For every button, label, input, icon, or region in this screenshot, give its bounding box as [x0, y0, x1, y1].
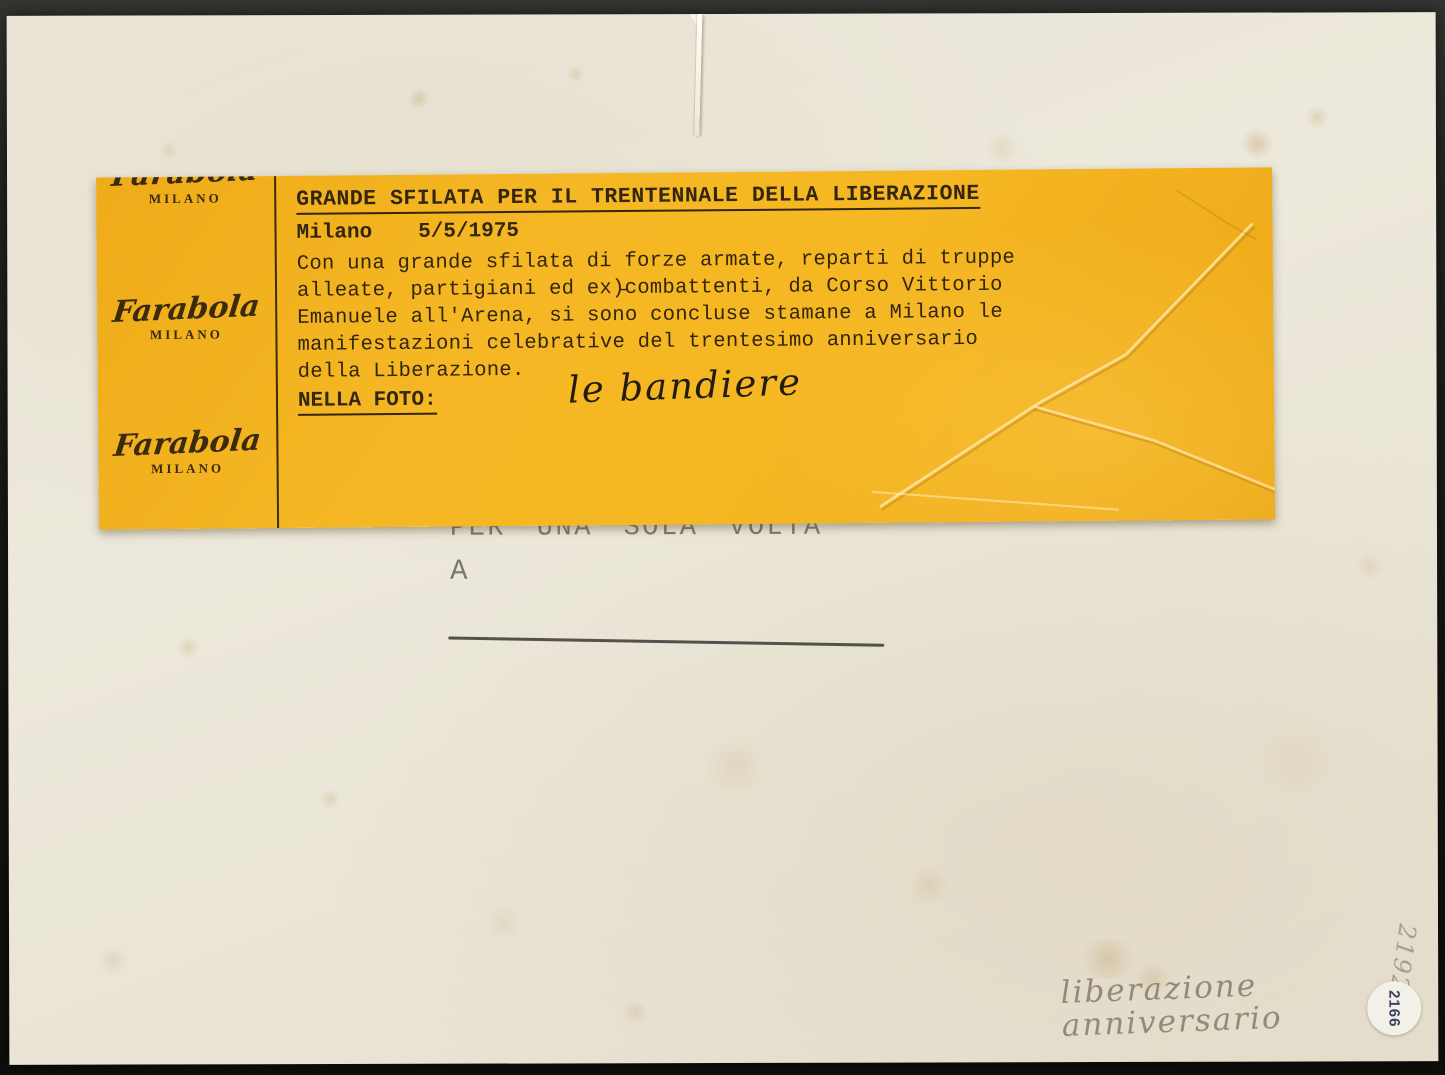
agency-stamp: Farabola MILANO — [98, 428, 276, 478]
photo-back-paper: PER UNA SOLA VOLTA A liberazione anniver… — [7, 12, 1439, 1065]
paper-stain — [1304, 106, 1330, 128]
caption-label: Farabola MILANO Farabola MILANO Farabola… — [96, 167, 1275, 529]
paper-stain — [1355, 553, 1385, 579]
paper-stain — [96, 947, 130, 975]
sticker-number: 2166 — [1386, 990, 1403, 1027]
paper-stain — [906, 867, 952, 903]
agency-stamp-column: Farabola MILANO Farabola MILANO Farabola… — [96, 176, 277, 530]
handwritten-caption: le bandiere — [567, 360, 802, 411]
agency-stamp: Farabola MILANO — [96, 167, 274, 207]
paper-stain — [175, 636, 201, 658]
archive-number-sticker: 2166 — [1367, 981, 1421, 1035]
paper-stain — [319, 789, 341, 809]
paper-tear — [694, 14, 702, 136]
paper-stain — [481, 906, 525, 940]
pencil-archive-note: liberazione anniversario — [1060, 969, 1283, 1043]
dateline-date: 5/5/1975 — [418, 220, 519, 244]
agency-stamp-name: Farabola — [96, 167, 276, 192]
agency-stamp: Farabola MILANO — [97, 294, 275, 344]
paper-stain — [1250, 728, 1340, 792]
pencil-horizontal-line — [448, 637, 884, 647]
agency-stamp-name: Farabola — [96, 291, 277, 329]
paper-stain — [159, 141, 179, 159]
paper-stain — [621, 1000, 649, 1024]
paper-stain — [407, 89, 431, 109]
paper-stain — [1239, 129, 1275, 159]
agency-stamp-name: Farabola — [96, 425, 278, 463]
usage-stamp-letter: A — [450, 555, 467, 588]
paper-stain — [982, 133, 1022, 163]
paper-stain — [701, 742, 771, 792]
paper-stain — [567, 66, 585, 82]
pencil-note-line: anniversario — [1061, 1002, 1283, 1043]
caption-title: GRANDE SFILATA PER IL TRENTENNALE DELLA … — [296, 182, 980, 215]
photo-caption-heading: NELLA FOTO: — [298, 389, 437, 416]
dateline-city: Milano — [296, 221, 372, 245]
caption-dateline: Milano5/5/1975 — [296, 214, 1256, 245]
